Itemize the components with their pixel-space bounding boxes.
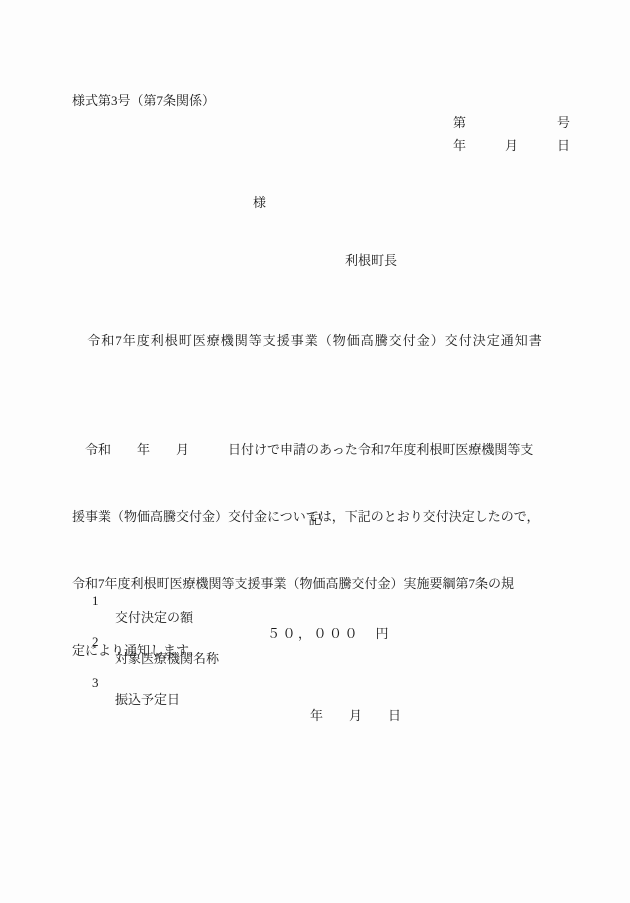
ki-section-marker: 記 bbox=[0, 512, 630, 528]
body-line-1: 令和 年 月 日付けで申請のあった令和7年度利根町医療機関等支 bbox=[72, 439, 564, 461]
document-date-line: 年 月 日 bbox=[453, 138, 570, 154]
list-item-medical-institution-name: 2 対象医療機関名称 bbox=[0, 618, 630, 635]
list-item-transfer-date: 3 振込予定日 年 月 日 bbox=[0, 659, 630, 676]
list-item-grant-amount: 1 交付決定の額 ５０，０００ 円 bbox=[0, 577, 630, 594]
item-value: 年 月 日 bbox=[310, 708, 401, 724]
item-label: 振込予定日 bbox=[115, 692, 180, 708]
document-number-line: 第 号 bbox=[453, 115, 570, 131]
item-number: 2 bbox=[92, 634, 99, 650]
document-title: 令和7年度利根町医療機関等支援事業（物価高騰交付金）交付決定通知書 bbox=[0, 333, 630, 349]
item-number: 1 bbox=[92, 593, 99, 609]
item-number: 3 bbox=[92, 675, 99, 691]
addressee-honorific: 様 bbox=[253, 195, 266, 211]
document-page: 様式第3号（第7条関係） 第 号 年 月 日 様 利根町長 令和7年度利根町医療… bbox=[0, 0, 630, 903]
form-number-label: 様式第3号（第7条関係） bbox=[72, 93, 215, 109]
sender-name: 利根町長 bbox=[345, 253, 397, 269]
